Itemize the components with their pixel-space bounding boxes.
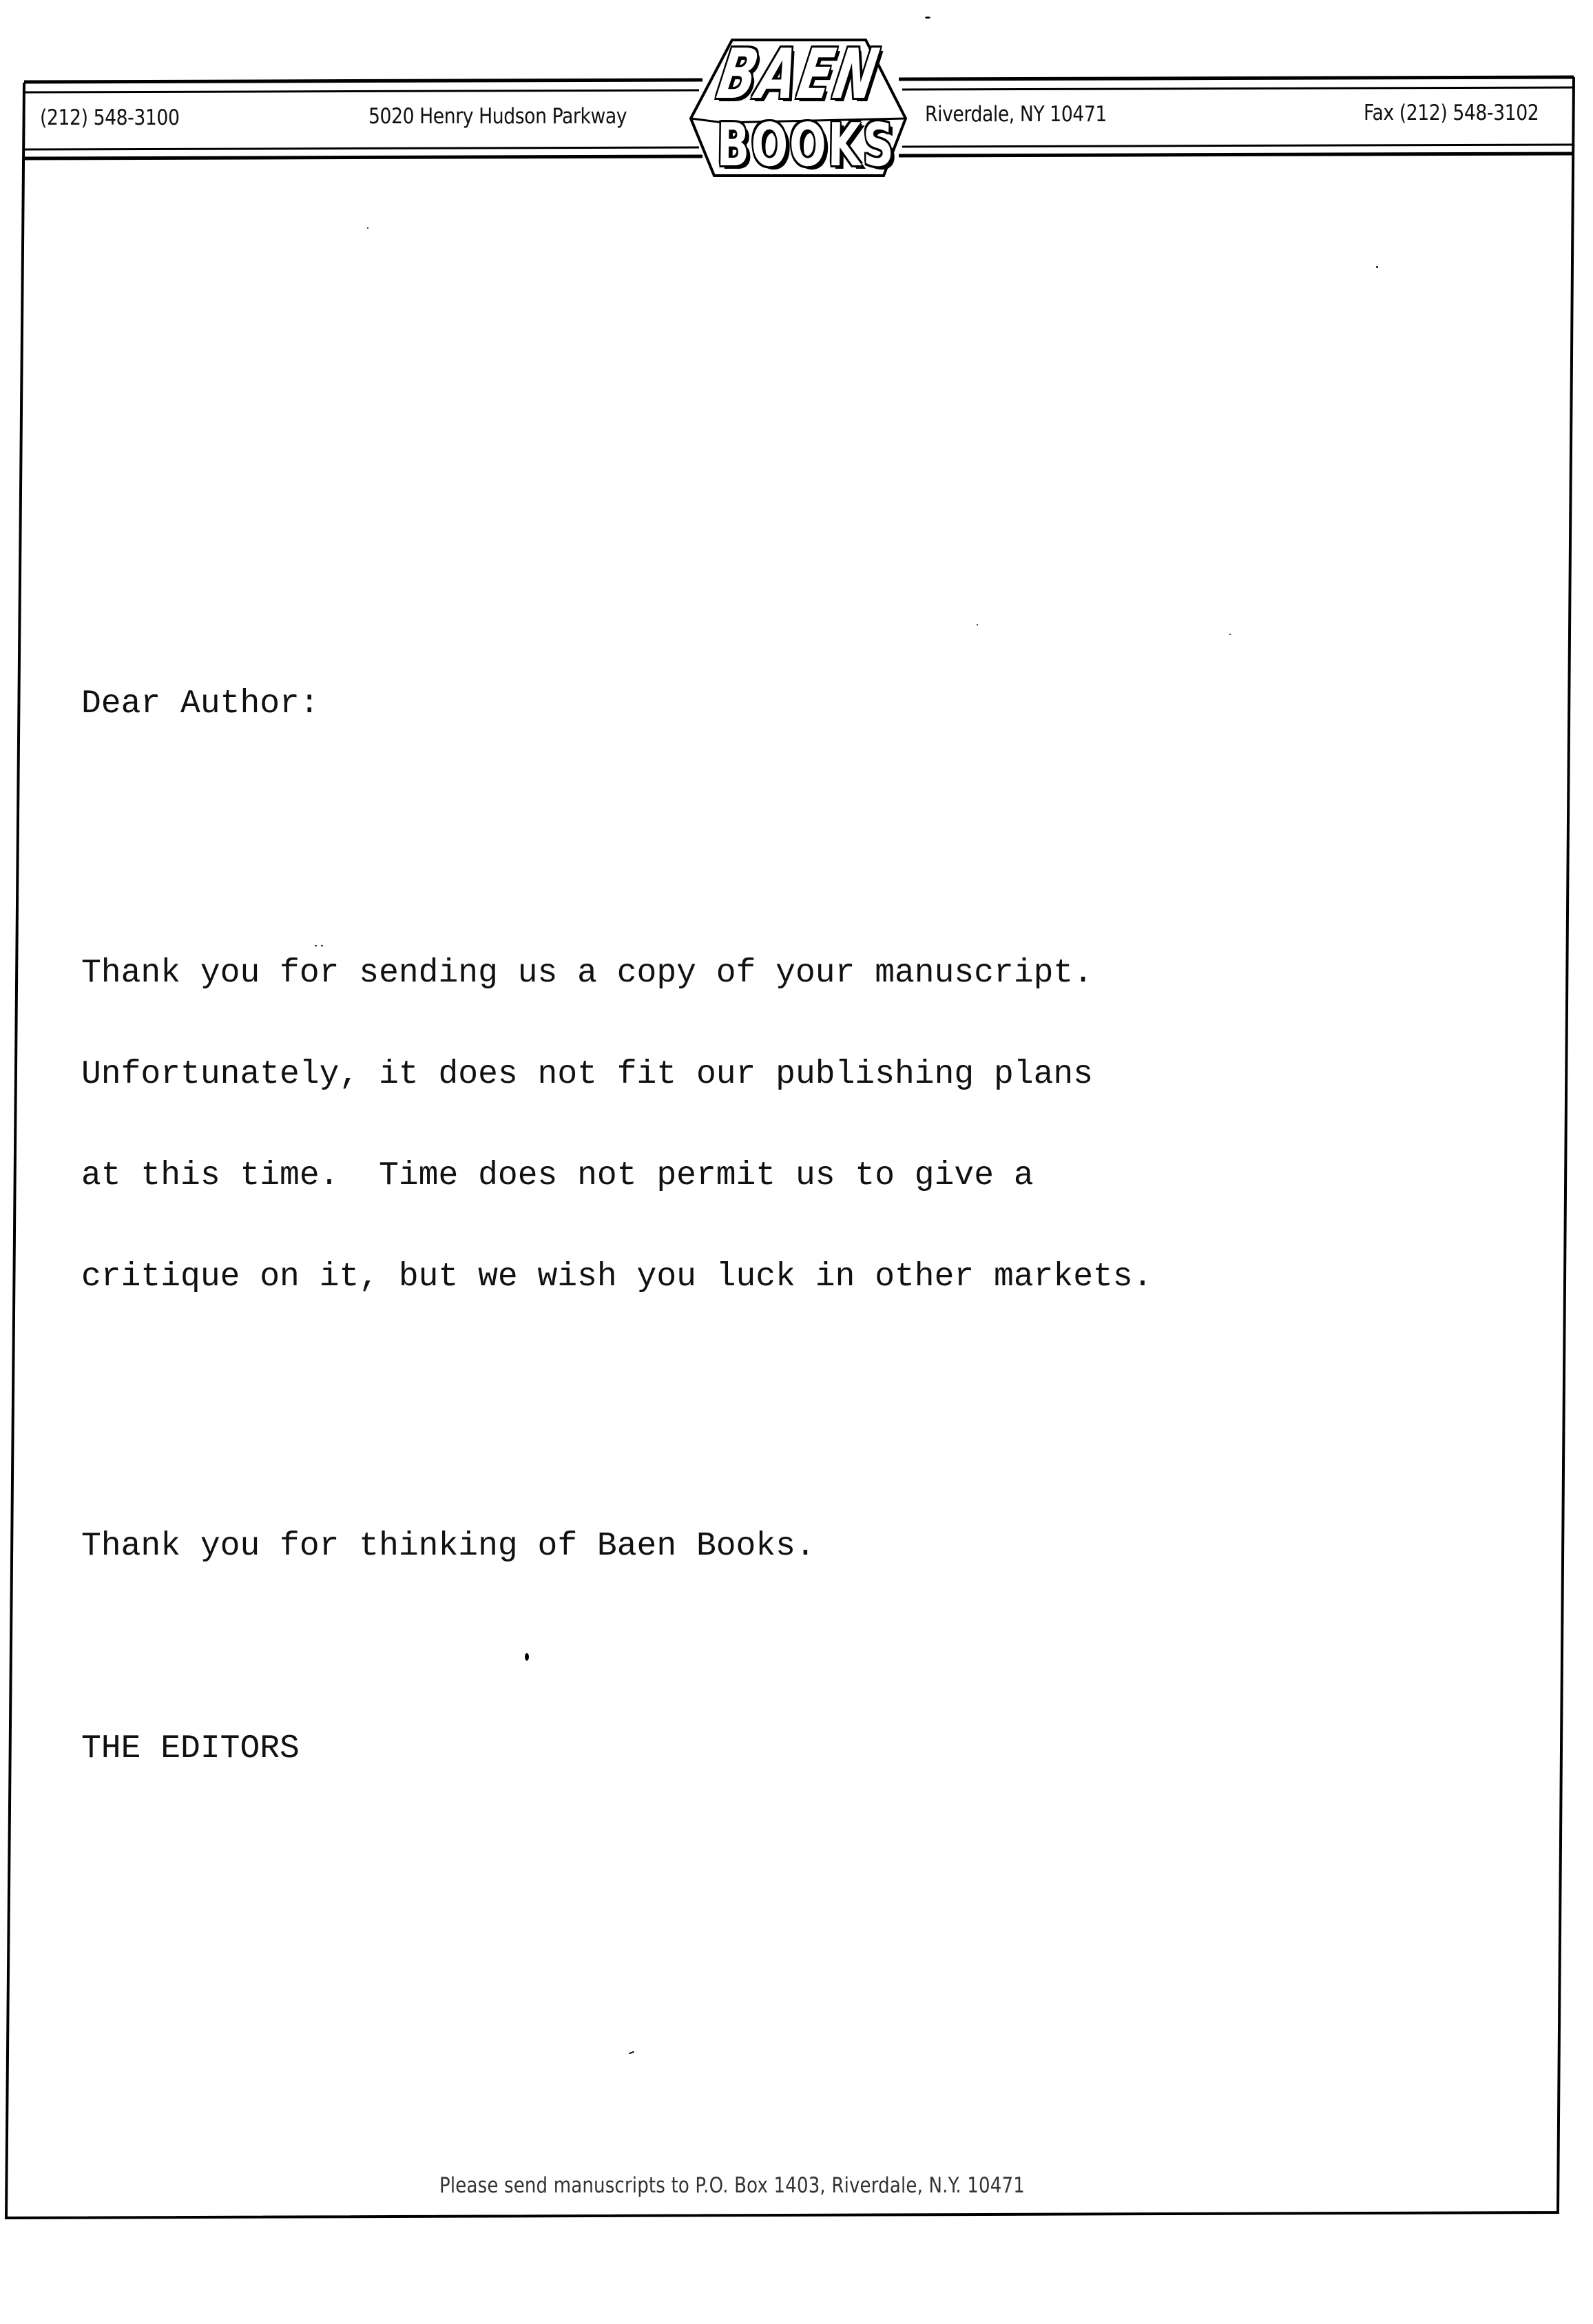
logo-text-line1: BAEN xyxy=(712,34,886,114)
body-paragraph: Thank you for sending us a copy of your … xyxy=(81,889,1152,1362)
salutation: Dear Author: xyxy=(81,687,1152,721)
logo-text-line2: BOOKS xyxy=(713,111,900,180)
scan-speck xyxy=(525,1653,529,1661)
scan-speck xyxy=(629,2051,634,2055)
closing-line: Thank you for thinking of Baen Books. xyxy=(81,1530,1152,1564)
body-line: Unfortunately, it does not fit our publi… xyxy=(81,1058,1152,1092)
letterhead-fax: Fax (212) 548-3102 xyxy=(1364,103,1539,124)
paragraph-spacer xyxy=(81,789,1152,822)
letter-body: Dear Author: Thank you for sending us a … xyxy=(81,620,1152,1800)
paragraph-spacer xyxy=(81,1429,1152,1462)
scan-speck xyxy=(315,945,317,946)
body-line: Thank you for sending us a copy of your … xyxy=(81,957,1152,990)
scan-speck xyxy=(925,17,930,19)
body-line: critique on it, but we wish you luck in … xyxy=(81,1260,1152,1294)
logo-word-baen: BAEN xyxy=(711,40,887,109)
letterhead-city: Riverdale, NY 10471 xyxy=(925,104,1107,125)
footer-manuscript-note: Please send manuscripts to P.O. Box 1403… xyxy=(439,2175,1025,2197)
scan-speck xyxy=(367,227,368,229)
letterhead-phone: (212) 548-3100 xyxy=(40,107,180,129)
signature: THE EDITORS xyxy=(81,1732,1152,1766)
scan-speck xyxy=(1229,634,1231,635)
scan-speck xyxy=(977,624,978,625)
scan-speck xyxy=(1376,266,1378,268)
scan-speck xyxy=(321,945,323,946)
baen-books-logo: BAEN BOOKS xyxy=(685,34,913,183)
paragraph-spacer xyxy=(81,1631,1152,1665)
body-line: at this time. Time does not permit us to… xyxy=(81,1159,1152,1193)
logo-word-books: BOOKS xyxy=(714,116,885,175)
letterhead-street-address: 5020 Henry Hudson Parkway xyxy=(368,106,627,127)
